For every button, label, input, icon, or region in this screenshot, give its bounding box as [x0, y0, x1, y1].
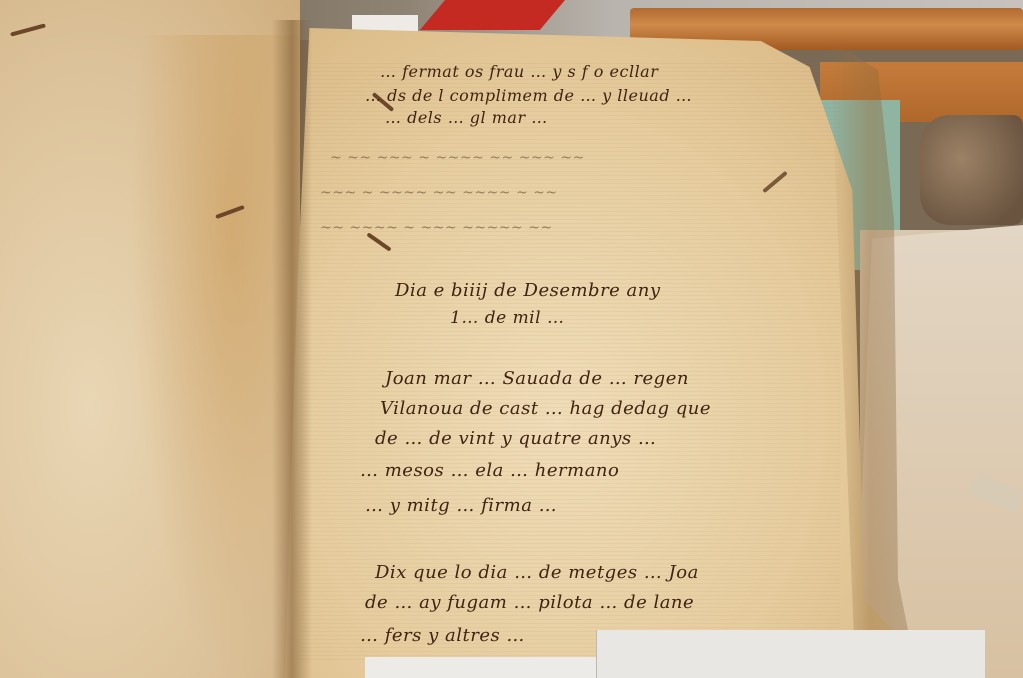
manuscript-line: … ds de l complimem de … y lleuad …: [365, 86, 692, 105]
manuscript-line: … fers y altres …: [360, 625, 525, 646]
manuscript-line: Dix que lo dia … de metges … Joa: [375, 562, 699, 583]
paper-card-bottom-left: [365, 657, 600, 678]
faint-text: ~~ ~~~~ ~ ~~~ ~~~~~ ~~: [320, 220, 553, 236]
manuscript-line: Joan mar … Sauada de … regen: [385, 368, 689, 389]
red-strap: [420, 0, 565, 30]
manuscript-heading: Dia e biiij de Desembre any: [395, 280, 661, 301]
photo-scene: … fermat os frau … y s f o ecllar … ds d…: [0, 0, 1023, 678]
manuscript-line: de … ay fugam … pilota … de lane: [365, 592, 694, 613]
faint-text: ~ ~~ ~~~ ~ ~~~~ ~~ ~~~ ~~: [330, 150, 585, 166]
wooden-block: [920, 115, 1023, 225]
manuscript-line: … y mitg … firma …: [365, 495, 557, 516]
book-gutter: [272, 20, 312, 678]
manuscript-line: … mesos … ela … hermano: [360, 460, 619, 481]
manuscript-line: Vilanoua de cast … hag dedag que: [380, 398, 711, 419]
paper-card-bottom-right: [596, 630, 985, 678]
manuscript-line: … dels … gl mar …: [385, 108, 548, 127]
faint-text: ~~~ ~ ~~~~ ~~ ~~~~ ~ ~~: [320, 185, 558, 201]
manuscript-line: … fermat os frau … y s f o ecllar: [380, 62, 658, 81]
manuscript-line: de … de vint y quatre anys …: [375, 428, 656, 449]
manuscript-heading: 1… de mil …: [450, 308, 564, 328]
